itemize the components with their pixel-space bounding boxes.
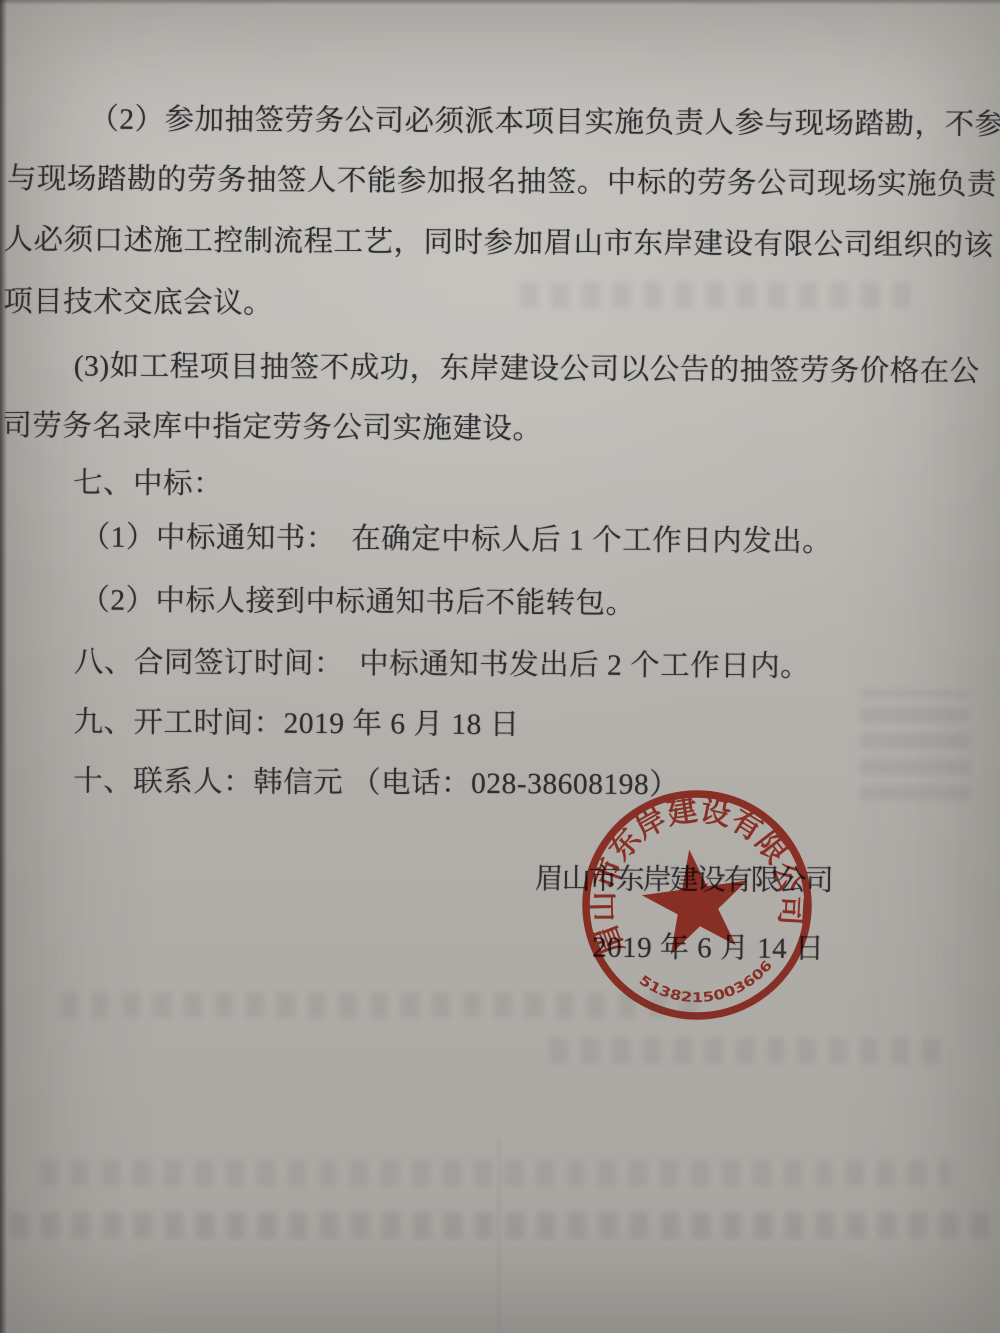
clause-2-line-3: 人必须口述施工控制流程工艺，同时参加眉山市东岸建设有限公司组织的该 [3,216,993,264]
clause-2-line-2: 与现场踏勘的劳务抽签人不能参加报名抽签。中标的劳务公司现场实施负责 [7,155,997,203]
item-7-1-notice: （1）中标通知书： 在确定中标人后 1 个工作日内发出。 [81,514,833,561]
document-photo: （2）参加抽签劳务公司必须派本项目实施负责人参与现场踏勘，不参 与现场踏勘的劳务… [0,0,1000,1333]
company-seal: 眉山市东岸建设有限公司 5138215003606 [572,780,822,1030]
clause-3-line-2: 司劳务名录库中指定劳务公司实施建设。 [2,402,542,447]
section-7-bid-award-heading: 七、中标： [73,459,223,502]
item-7-2-no-subcontract: （2）中标人接到中标通知书后不能转包。 [80,577,636,622]
section-8-contract-time: 八、合同签订时间： 中标通知书发出后 2 个工作日内。 [74,638,811,684]
seal-star-icon [636,842,756,957]
clause-2-line-4: 项目技术交底会议。 [3,278,273,322]
clause-2-line-1: （2）参加抽签劳务公司必须派本项目实施负责人参与现场踏勘，不参 [89,96,1000,144]
section-9-start-date: 九、开工时间：2019 年 6 月 18 日 [73,698,519,743]
document-text: （2）参加抽签劳务公司必须派本项目实施负责人参与现场踏勘，不参 与现场踏勘的劳务… [0,0,1000,1333]
clause-3-line-1: (3)如工程项目抽签不成功，东岸建设公司以公告的抽签劳务价格在公 [74,342,980,390]
